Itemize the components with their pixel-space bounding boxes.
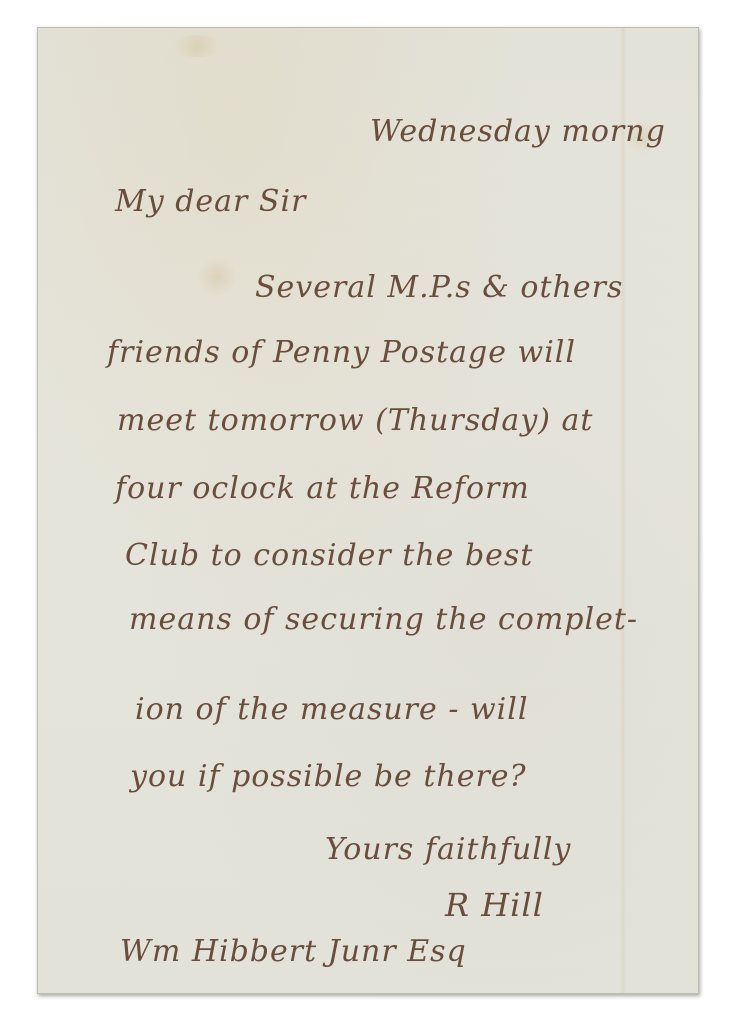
body-line-6: means of securing the complet-	[129, 605, 638, 635]
body-line-7: ion of the measure - will	[135, 695, 528, 725]
paper-fold-line	[620, 27, 626, 994]
body-line-3: meet tomorrow (Thursday) at	[117, 406, 593, 436]
addressee: Wm Hibbert Junr Esq	[120, 937, 467, 967]
letter-page: Wednesday morng My dear Sir Several M.P.…	[37, 27, 699, 994]
body-line-4: four oclock at the Reform	[115, 474, 530, 504]
body-line-8: you if possible be there?	[130, 762, 527, 792]
paper-stain	[167, 35, 227, 57]
body-line-2: friends of Penny Postage will	[107, 338, 576, 368]
closing: Yours faithfully	[325, 835, 571, 865]
body-line-1: Several M.P.s & others	[255, 273, 623, 303]
salutation: My dear Sir	[115, 187, 306, 217]
signature: R Hill	[445, 889, 544, 921]
dateline: Wednesday morng	[370, 117, 666, 147]
body-line-5: Club to consider the best	[125, 541, 533, 571]
paper-stain	[197, 257, 237, 297]
